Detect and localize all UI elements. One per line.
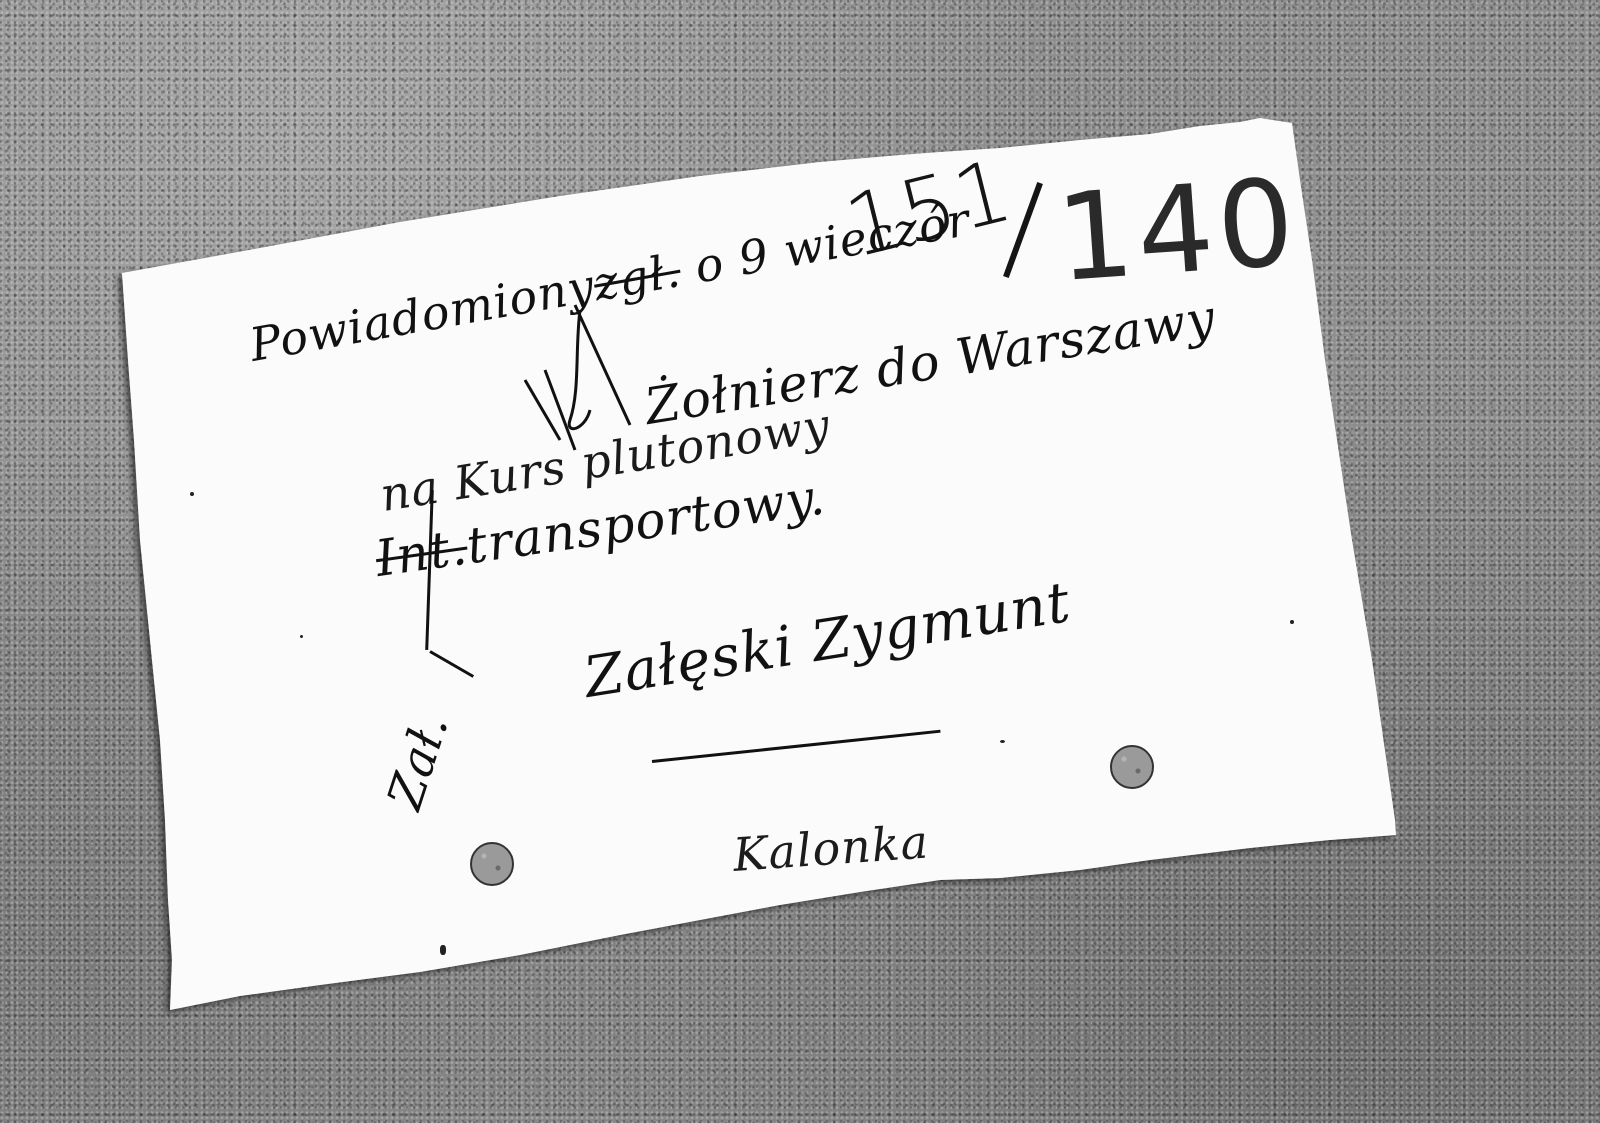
paper-speck bbox=[440, 945, 446, 955]
punch-hole-right bbox=[1110, 745, 1154, 789]
paper-speck bbox=[1000, 740, 1005, 743]
paper-speck bbox=[1290, 620, 1294, 624]
punch-hole-left bbox=[470, 842, 514, 886]
paper-card bbox=[0, 0, 1600, 1123]
paper-speck bbox=[300, 635, 303, 638]
reference-number: 140 bbox=[1052, 154, 1302, 309]
check-mark-annotation bbox=[520, 300, 640, 450]
paper-speck bbox=[190, 492, 194, 496]
